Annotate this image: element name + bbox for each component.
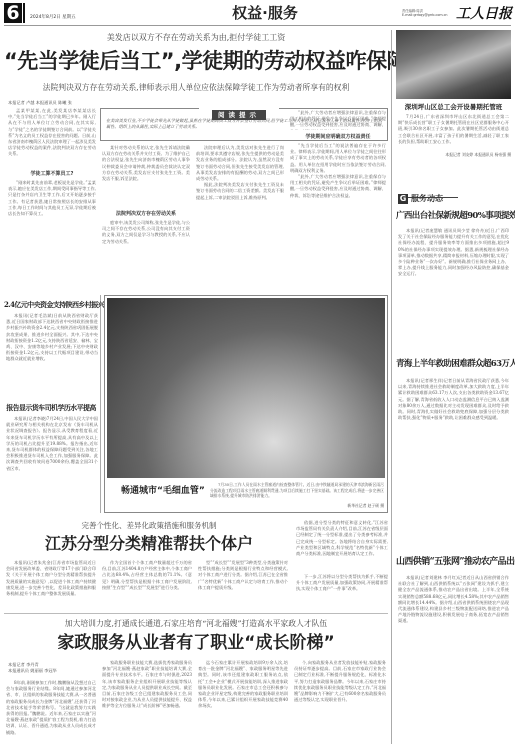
lead-col4-top: “此外,广大劳动者应增强法律意识,注重保存与用工相关的凭证,避免产生争议后举证困… xyxy=(290,110,386,130)
hebei-kicker: 加大培训力度,打通成长通道,石家庄培育“河北福嫂”打造高水平家政人才队伍 xyxy=(4,618,388,629)
sidebar-photo-title: 深圳坪山区总工会开设暑期托管班 xyxy=(396,103,511,112)
shaanxi-headline: 2.4亿元中央资金支持陕西乡村振兴 xyxy=(4,300,98,310)
lead-col1b-text: “刚来时某先由前辈,老板说先是学徒。”孟某表示,她应在美发店工作,期间受同事指导… xyxy=(8,180,96,290)
jiangsu-col3: 型”“成长型”“发展型”3种类型,分类施策针对性帮扶措施;分类则是根据行业特点和… xyxy=(198,560,288,610)
section-rule xyxy=(4,613,388,614)
shanxi-headline: 山西供销“五张网”推动农产品出省 xyxy=(396,555,511,569)
center-photo-tunnel-workers xyxy=(107,298,385,478)
lead-col2b-text: 庭审中,该美发公司辩称,张先生是学徒,与公司之间不存在劳动关系,公司没有向其支付… xyxy=(102,220,190,290)
masthead-logo: 工人日报 xyxy=(456,5,512,23)
lead-deck: 法院判决双方存在劳动关系,律师表示用人单位应依法保障学徒工作为劳动者所享有的权利 xyxy=(4,82,388,93)
lead-headline: “先当学徒后当工”,学徒期的劳动权益咋保障? xyxy=(4,46,388,76)
shanxi-body: 本报讯(记者刘建林 李月红)记者近日从山西省供销合作社联合社了解到,山西供销系统… xyxy=(398,575,509,743)
header-rule xyxy=(4,25,511,26)
jiangsu-headline: 江苏分型分类精准帮扶个体户 xyxy=(4,533,294,555)
center-photo-caption: 7月30日,工作人员在雨水主管廊道内检查整体管片。近日,由中铁隧道局承建的天津市… xyxy=(210,482,384,502)
sidebar-photo-children xyxy=(396,30,511,99)
jiangsu-col4: 依据,进分型分类的特征和意义转化,“江苏省市场监管局有关负责人介绍,目前,江苏在… xyxy=(296,520,388,572)
guangxi-headline: 广西出台社保新规超90%事项提效办理 xyxy=(396,209,511,223)
sidebar-photo-caption: 7月24日,广东省深圳市坪山区东北街道总工会第二期“快乐成长营”职工子女暑期托管… xyxy=(398,114,509,152)
section-title: 权益·服务 xyxy=(200,4,330,22)
shaanxi-body: 本报讯(记者毛浩斌)日前从陕西省财政厅获悉,近日国家财政部下达陕西省中央财政衔接… xyxy=(6,313,98,399)
service-section-tag: G服务动态 xyxy=(398,186,458,198)
qinghai-body: 本报讯(记者邢生祥)记者日前从青海省民政厅获悉,今年以来,青海持续推进社会救助制… xyxy=(398,378,509,543)
lead-col1-text: 孟某甲某某,在此,美发某店李某某店长中,“先当学徒后当工”的学徒期已多年。刚入行… xyxy=(8,108,96,168)
sidebar-photo-credit: 本报记者 刘友婷 本报通讯员 杨帝强 摄 xyxy=(430,152,511,158)
jiangsu-kicker: 完善个性化、差异化政策措施和服务机制 xyxy=(4,521,294,531)
editor-email: E-mail:grrbqy@grrb.com.cn xyxy=(402,13,452,17)
hebei-byline-correspondent: 本报通讯员 姚丽丽 李冠华 xyxy=(8,668,98,674)
reading-tip-label: 阅读提示 xyxy=(212,110,266,120)
lead-col2-text: 某针对劳动关系的认定,张先生诉请法院确认双方存在劳动关系并支付工资。为了维护自己… xyxy=(102,145,190,207)
qinghai-headline: 青海上半年救助困难群众超63万人次 xyxy=(396,357,511,371)
service-tag-letter: G xyxy=(398,194,408,204)
reading-tip-label-wrap: 阅读提示 xyxy=(199,102,279,113)
hebei-col3: 迄今石家庄累计开展家政培训9万余人次,培育出一批金牌“河北福嫂”、家政服务明星等… xyxy=(198,660,288,744)
page-number: 6 xyxy=(4,3,22,23)
guangxi-body: 本报讯(记者庞慧敏 通讯员周少莹 徐舟舟)近日,广西印发了关于社会保险经办服务能… xyxy=(398,228,509,333)
issue-date: 2024年8月2日 星期五 xyxy=(30,14,76,20)
subhead-apprentice-rights: 学徒期间应明确双方权益责任 xyxy=(290,133,386,140)
hebei-byline: 本报记者 李丹青 本报通讯员 姚丽丽 李冠华 xyxy=(8,662,98,674)
jiangsu-col1: 本报讯(记者朱兆金)江苏省市场监管局近日会同省发展改革委、省财政厅等17个部门联… xyxy=(6,560,96,610)
page-number-divider xyxy=(23,3,25,23)
hebei-col1: 8年前,刚刚参加工作时,魏鹏脑从没想过自己会与家政服务行业结缘。8年间,她通过参… xyxy=(6,680,96,744)
hebei-col4: 个,向家政服务从业者发放技能补贴,家政服务员持证率逐步提高。目前,石家庄市家政行… xyxy=(294,660,386,744)
hebei-col2: 家政服务职业技能大赛,选拔优秀家政服务员参加“河北福嫂·燕赵家政”职业技能培训大… xyxy=(102,660,192,744)
sidebar-divider xyxy=(391,30,392,744)
subhead-court-ruling: 法院判决双方存在劳动关系 xyxy=(102,210,190,217)
center-photo-credit: 新华社记者 赵子硕 摄 xyxy=(300,503,384,509)
lead-kicker: 美发店以双方不存在劳动关系为由,拒付学徒工工资 xyxy=(4,33,388,43)
left-briefs-divider xyxy=(100,295,101,513)
lead-col4-text: “先当学徒后当工”的说法普遍存在于许多行业。律师表示,学徒期间,用人单位与学徒之… xyxy=(290,143,386,290)
lead-byline: 本报记者 卢越 本报通讯员 陈曦 张 xyxy=(8,100,98,106)
truck-driver-headline: 报告显示货车司机学历水平提高 xyxy=(4,403,98,413)
editor-info: 责任编辑:周洪 E-mail:grrbqy@grrb.com.cn xyxy=(402,9,452,17)
subhead-apprentice-employee: 学徒工算不算员工? xyxy=(8,170,96,177)
jiangsu-col4b: 下一步,江苏将以分型分类帮扶为抓手,不断提升个体工商户发展质量,加强政策协同,开… xyxy=(296,574,388,610)
center-photo-title: 畅通城市“毛细血管” xyxy=(107,484,207,498)
truck-driver-body: 本报讯(记者李晓)7月24日,中国人民大学中国就业研究所与相关机构在北京发布《货… xyxy=(6,416,98,512)
hebei-headline: 家政服务从业者有了职业“成长阶梯” xyxy=(4,631,388,655)
lead-col3-text: 法院审理后认为,美发店对张先生进行了岗前培训,要求其遵守店规,张先生提供的劳动是… xyxy=(196,145,284,290)
service-tag-label: 服务动态 xyxy=(411,194,443,203)
jiangsu-col2: 作为全国首个个体工商户数量超过千万的省份,目前,江苏1404.8万户经营主体中,… xyxy=(102,560,192,610)
